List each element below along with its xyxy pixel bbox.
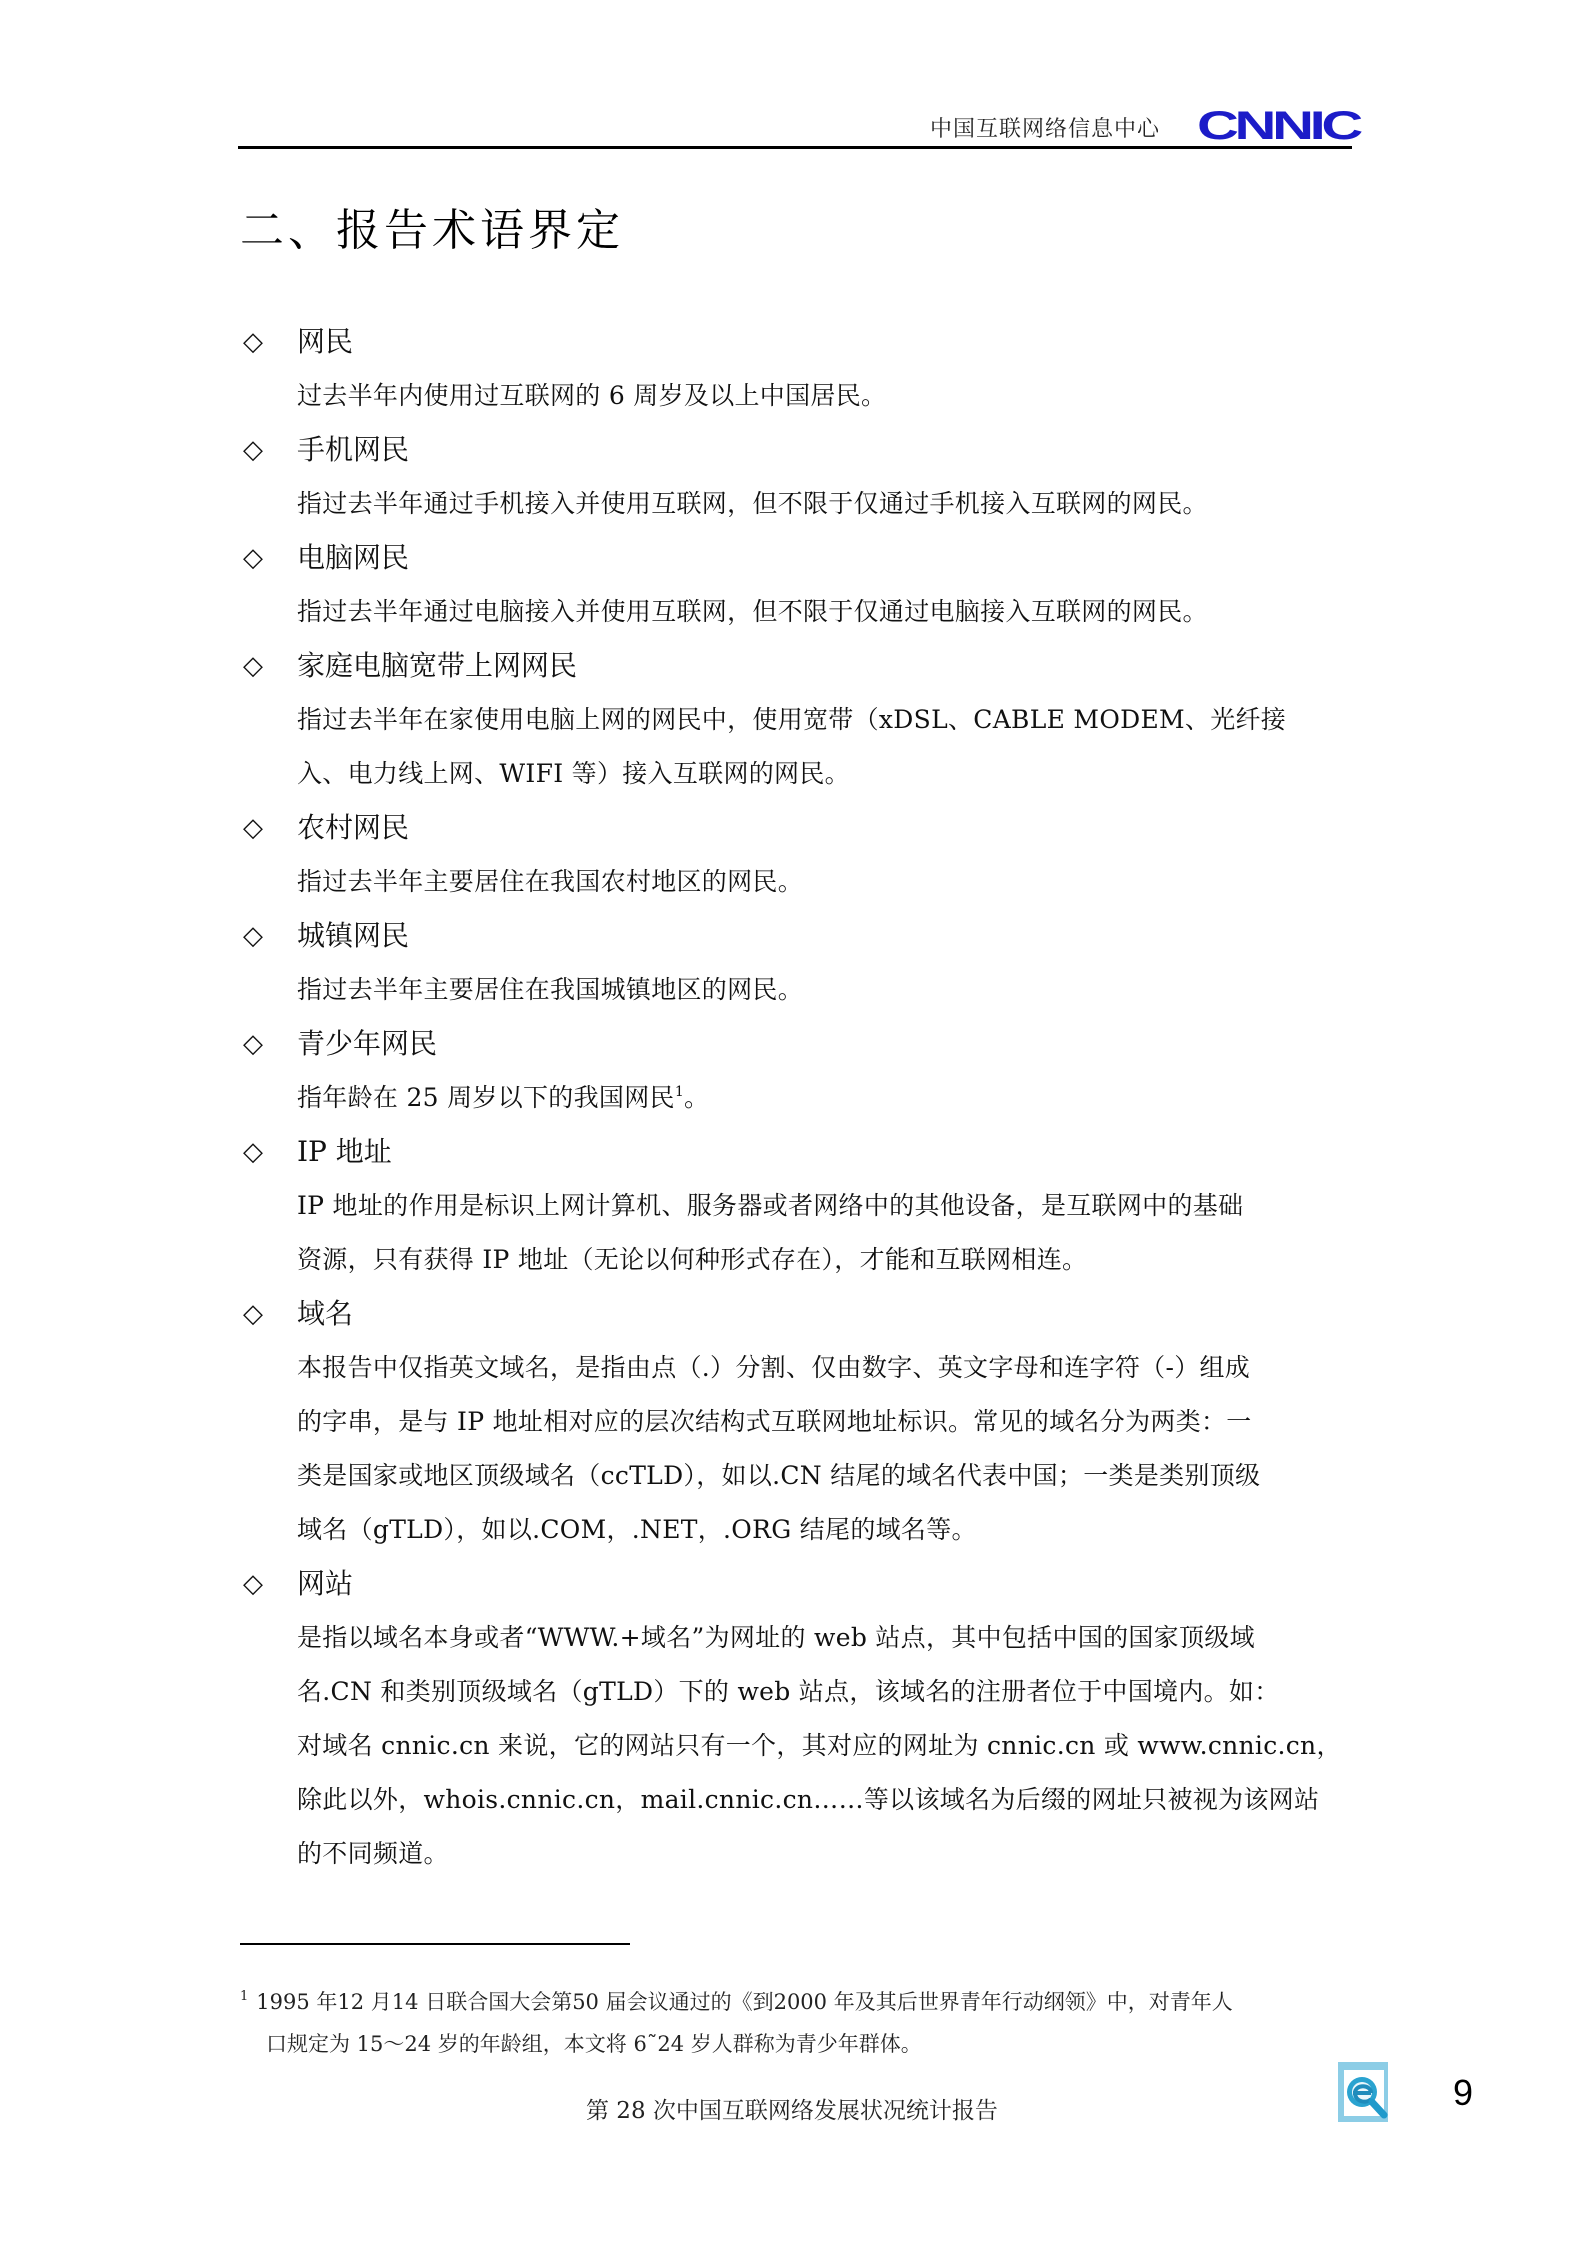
term-definition: 本报告中仅指英文域名，是指由点（.）分割、仅由数字、英文字母和连字符（-）组成的… xyxy=(0,1341,1587,1557)
term-definition: 是指以域名本身或者“WWW.+域名”为网址的 web 站点，其中包括中国的国家顶… xyxy=(0,1611,1587,1881)
definition-line: IP 地址的作用是标识上网计算机、服务器或者网络中的其他设备，是互联网中的基础 xyxy=(0,1179,1357,1233)
term-item: ◇农村网民指过去半年主要居住在我国农村地区的网民。 xyxy=(0,801,1587,909)
footnote-line-1: 11995 年12 月14 日联合国大会第50 届会议通过的《到2000 年及其… xyxy=(240,1976,1370,2023)
term-heading: ◇IP 地址 xyxy=(0,1125,1587,1179)
term-item: ◇域名本报告中仅指英文域名，是指由点（.）分割、仅由数字、英文字母和连字符（-）… xyxy=(0,1287,1587,1557)
definition-line: 是指以域名本身或者“WWW.+域名”为网址的 web 站点，其中包括中国的国家顶… xyxy=(0,1611,1357,1665)
header-org-name: 中国互联网络信息中心 xyxy=(930,112,1160,143)
term-item: ◇城镇网民指过去半年主要居住在我国城镇地区的网民。 xyxy=(0,909,1587,1017)
definition-line: 指过去半年主要居住在我国农村地区的网民。 xyxy=(0,855,1357,909)
term-label: 农村网民 xyxy=(297,811,409,844)
term-label: 家庭电脑宽带上网网民 xyxy=(297,649,577,682)
term-heading: ◇手机网民 xyxy=(0,423,1587,477)
term-label: 电脑网民 xyxy=(297,541,409,574)
term-item: ◇手机网民指过去半年通过手机接入并使用互联网，但不限于仅通过手机接入互联网的网民… xyxy=(0,423,1587,531)
definition-line: 名.CN 和类别顶级域名（gTLD）下的 web 站点，该域名的注册者位于中国境… xyxy=(0,1665,1357,1719)
definition-line: 入、电力线上网、WIFI 等）接入互联网的网民。 xyxy=(0,747,1357,801)
term-label: 手机网民 xyxy=(297,433,409,466)
header-divider xyxy=(238,146,1352,149)
footer-report-title: 第 28 次中国互联网络发展状况统计报告 xyxy=(586,2092,998,2125)
term-label: 城镇网民 xyxy=(297,919,409,952)
term-definition: IP 地址的作用是标识上网计算机、服务器或者网络中的其他设备，是互联网中的基础资… xyxy=(0,1179,1587,1287)
definition-line: 过去半年内使用过互联网的 6 周岁及以上中国居民。 xyxy=(0,369,1357,423)
definition-line: 指年龄在 25 周岁以下的我国网民1。 xyxy=(0,1071,1357,1125)
term-label: 青少年网民 xyxy=(297,1027,437,1060)
term-item: ◇电脑网民指过去半年通过电脑接入并使用互联网，但不限于仅通过电脑接入互联网的网民… xyxy=(0,531,1587,639)
term-heading: ◇青少年网民 xyxy=(0,1017,1587,1071)
diamond-bullet-icon: ◇ xyxy=(243,1287,263,1341)
definition-line: 本报告中仅指英文域名，是指由点（.）分割、仅由数字、英文字母和连字符（-）组成 xyxy=(0,1341,1357,1395)
term-item: ◇青少年网民指年龄在 25 周岁以下的我国网民1。 xyxy=(0,1017,1587,1125)
term-definition: 指年龄在 25 周岁以下的我国网民1。 xyxy=(0,1071,1587,1125)
diamond-bullet-icon: ◇ xyxy=(243,531,263,585)
cnnic-logo: CNNIC xyxy=(1197,106,1359,146)
footnote: 11995 年12 月14 日联合国大会第50 届会议通过的《到2000 年及其… xyxy=(240,1976,1370,2065)
term-definition: 指过去半年在家使用电脑上网的网民中，使用宽带（xDSL、CABLE MODEM、… xyxy=(0,693,1587,801)
diamond-bullet-icon: ◇ xyxy=(243,423,263,477)
term-item: ◇家庭电脑宽带上网网民指过去半年在家使用电脑上网的网民中，使用宽带（xDSL、C… xyxy=(0,639,1587,801)
definition-line: 资源，只有获得 IP 地址（无论以何种形式存在），才能和互联网相连。 xyxy=(0,1233,1357,1287)
footnote-mark: 1 xyxy=(240,1989,248,2004)
term-label: 网民 xyxy=(297,325,353,358)
term-heading: ◇城镇网民 xyxy=(0,909,1587,963)
term-label: 域名 xyxy=(297,1297,353,1330)
page-number: 9 xyxy=(1453,2072,1473,2114)
term-label: IP 地址 xyxy=(297,1135,392,1168)
term-heading: ◇家庭电脑宽带上网网民 xyxy=(0,639,1587,693)
term-heading: ◇农村网民 xyxy=(0,801,1587,855)
term-definition: 指过去半年通过电脑接入并使用互联网，但不限于仅通过电脑接入互联网的网民。 xyxy=(0,585,1587,639)
diamond-bullet-icon: ◇ xyxy=(243,801,263,855)
term-label: 网站 xyxy=(297,1567,353,1600)
footnote-reference[interactable]: 1 xyxy=(675,1084,684,1100)
definition-line: 指过去半年通过手机接入并使用互联网，但不限于仅通过手机接入互联网的网民。 xyxy=(0,477,1357,531)
diamond-bullet-icon: ◇ xyxy=(243,1125,263,1179)
definition-line: 除此以外，whois.cnnic.cn，mail.cnnic.cn……等以该域名… xyxy=(0,1773,1357,1827)
diamond-bullet-icon: ◇ xyxy=(243,1017,263,1071)
definition-line: 指过去半年主要居住在我国城镇地区的网民。 xyxy=(0,963,1357,1017)
term-definition: 指过去半年主要居住在我国农村地区的网民。 xyxy=(0,855,1587,909)
definition-line: 的不同频道。 xyxy=(0,1827,1357,1881)
definition-line: 指过去半年通过电脑接入并使用互联网，但不限于仅通过电脑接入互联网的网民。 xyxy=(0,585,1357,639)
term-item: ◇网站是指以域名本身或者“WWW.+域名”为网址的 web 站点，其中包括中国的… xyxy=(0,1557,1587,1881)
term-heading: ◇网站 xyxy=(0,1557,1587,1611)
page-title: 二、报告术语界定 xyxy=(240,194,624,258)
diamond-bullet-icon: ◇ xyxy=(243,639,263,693)
footnote-line-2: 口规定为 15～24 岁的年龄组，本文将 6˜24 岁人群称为青少年群体。 xyxy=(240,2023,1370,2065)
definition-line: 域名（gTLD），如以.COM，.NET，.ORG 结尾的域名等。 xyxy=(0,1503,1357,1557)
diamond-bullet-icon: ◇ xyxy=(243,1557,263,1611)
terms-list: ◇网民过去半年内使用过互联网的 6 周岁及以上中国居民。◇手机网民指过去半年通过… xyxy=(0,315,1587,1881)
diamond-bullet-icon: ◇ xyxy=(243,315,263,369)
term-definition: 指过去半年通过手机接入并使用互联网，但不限于仅通过手机接入互联网的网民。 xyxy=(0,477,1587,531)
magnifier-e-icon xyxy=(1337,2062,1389,2124)
diamond-bullet-icon: ◇ xyxy=(243,909,263,963)
definition-line: 指过去半年在家使用电脑上网的网民中，使用宽带（xDSL、CABLE MODEM、… xyxy=(0,693,1357,747)
term-item: ◇网民过去半年内使用过互联网的 6 周岁及以上中国居民。 xyxy=(0,315,1587,423)
term-heading: ◇域名 xyxy=(0,1287,1587,1341)
definition-line: 类是国家或地区顶级域名（ccTLD），如以.CN 结尾的域名代表中国；一类是类别… xyxy=(0,1449,1357,1503)
definition-line: 对域名 cnnic.cn 来说，它的网站只有一个，其对应的网址为 cnnic.c… xyxy=(0,1719,1357,1773)
definition-line: 的字串，是与 IP 地址相对应的层次结构式互联网地址标识。常见的域名分为两类：一 xyxy=(0,1395,1357,1449)
term-heading: ◇网民 xyxy=(0,315,1587,369)
term-definition: 过去半年内使用过互联网的 6 周岁及以上中国居民。 xyxy=(0,369,1587,423)
term-heading: ◇电脑网民 xyxy=(0,531,1587,585)
term-definition: 指过去半年主要居住在我国城镇地区的网民。 xyxy=(0,963,1587,1017)
footnote-divider xyxy=(240,1943,630,1945)
term-item: ◇IP 地址IP 地址的作用是标识上网计算机、服务器或者网络中的其他设备，是互联… xyxy=(0,1125,1587,1287)
